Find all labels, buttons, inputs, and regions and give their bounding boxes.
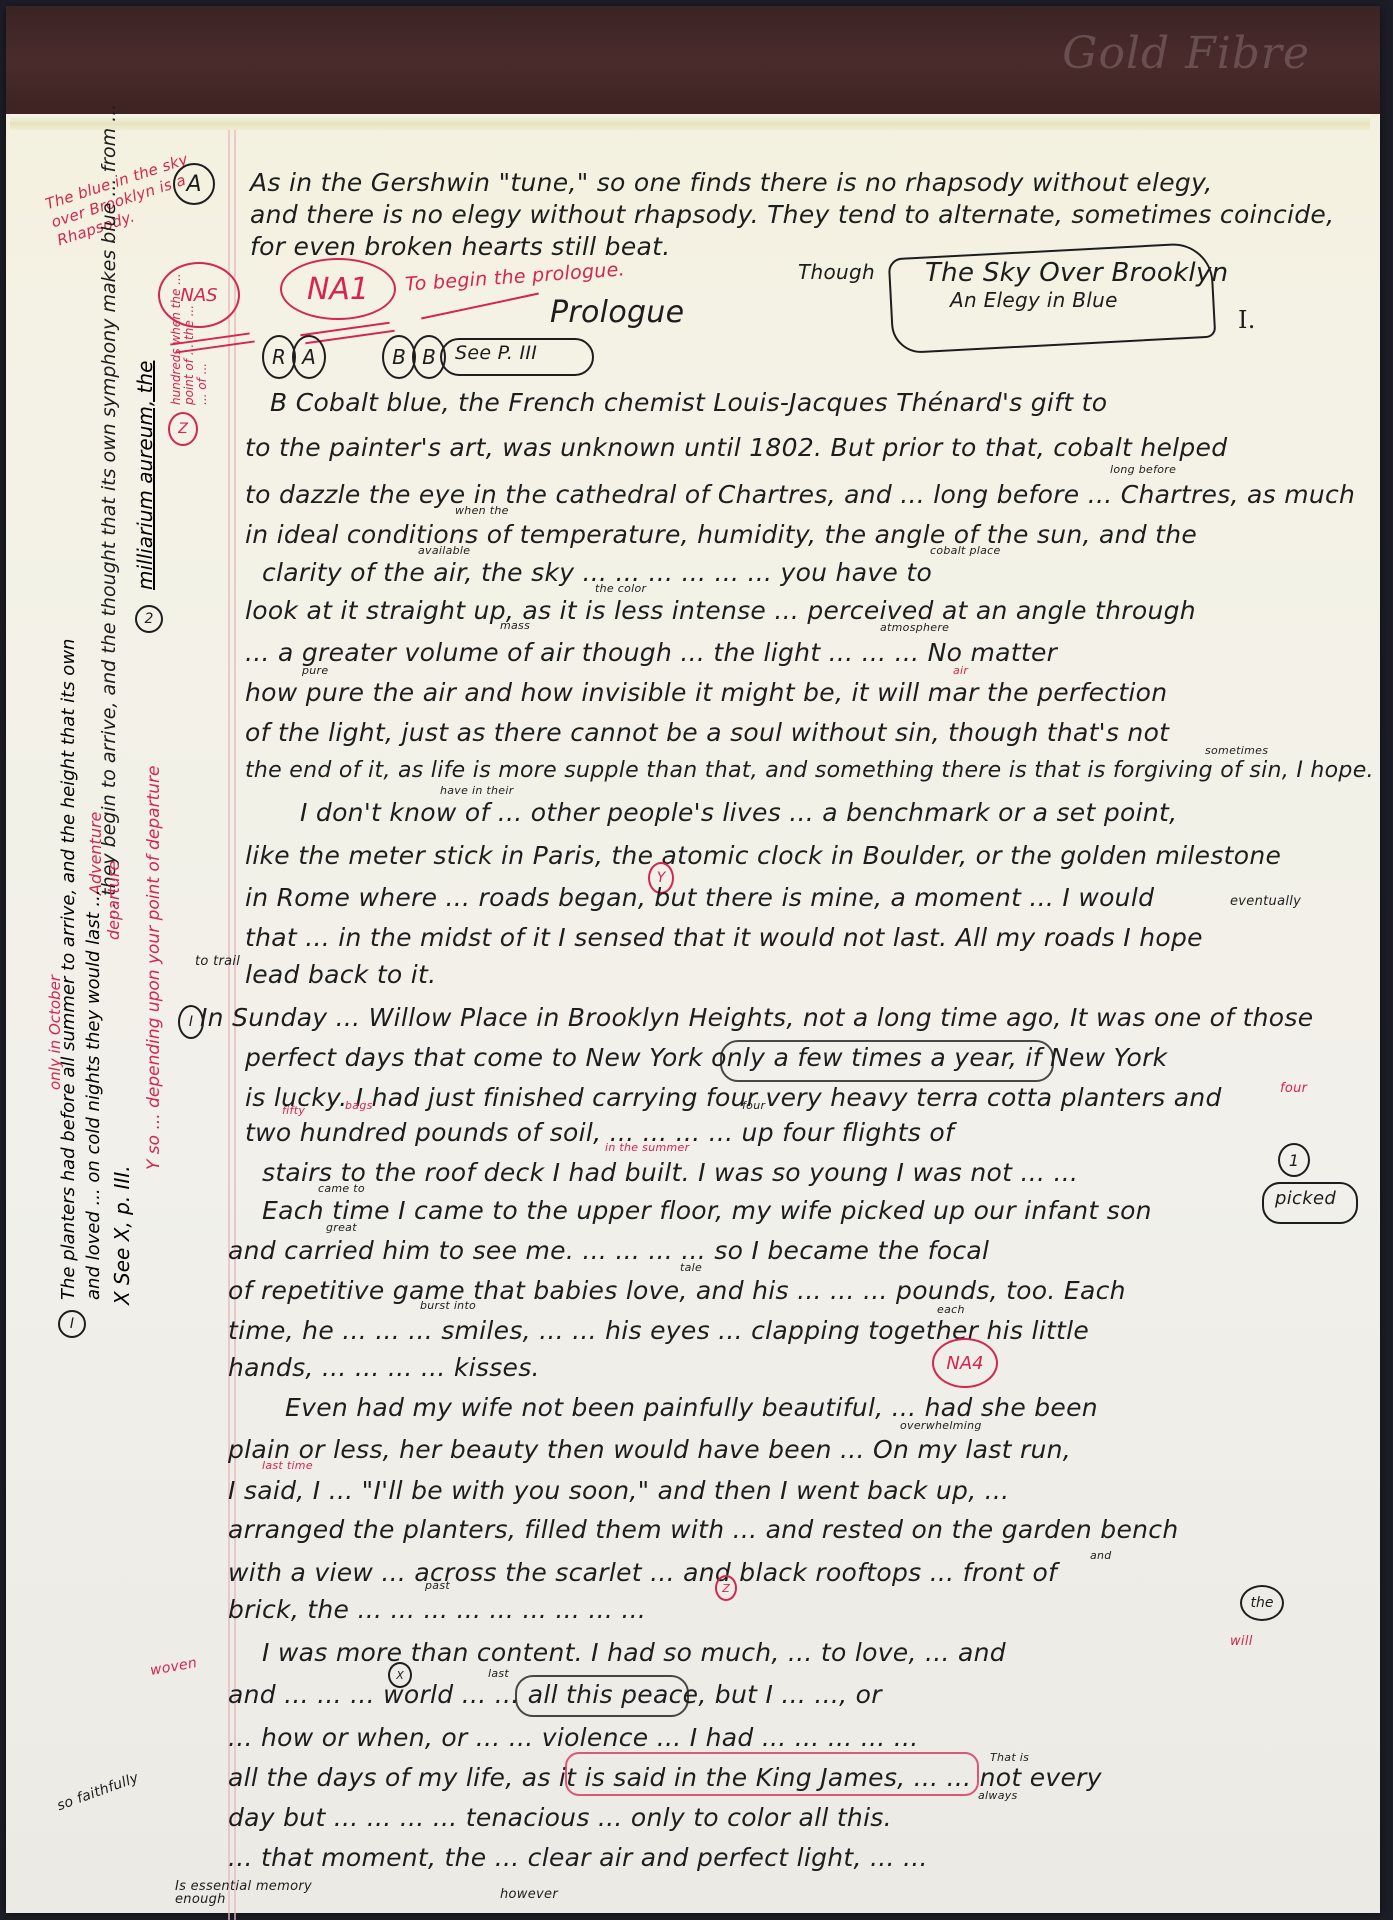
body-line: look at it straight up, as it is less in… [245,598,1196,623]
margin-red-line: point of ... the ... [183,305,195,405]
interlinear-note: overwhelming [900,1420,982,1431]
margin-note-3-red: only in October [48,975,63,1090]
marker-circle-r: R [262,335,296,379]
interlinear-note: past [425,1580,450,1591]
na4-tag: NA4 [932,1338,998,1388]
body-line: I said, I ... "I'll be with you soon," a… [228,1478,1009,1503]
body-line: in Rome where ... roads began, but there… [245,885,1154,910]
body-line: ... how or when, or ... ... violence ...… [228,1725,919,1750]
body-line: with a view ... across the scarlet ... a… [228,1560,1057,1585]
interlinear-note: to trail [195,955,240,968]
body-line: in ideal conditions of temperature, humi… [245,522,1197,547]
interlinear-note: available [418,545,470,556]
body-line: brick, the ... ... ... ... ... ... ... .… [228,1597,646,1622]
inserted-word-though: Though [798,262,875,282]
na1-tag: NA1 [280,258,396,320]
interlinear-note: sometimes [1205,745,1268,756]
margin-circle-z: Z [168,412,198,446]
see-ref: See P. III [455,344,537,363]
marker-circle-a: A [173,163,215,205]
body-line: to dazzle the eye in the cathedral of Ch… [245,482,1355,507]
body-line: that ... in the midst of it I sensed tha… [245,925,1203,950]
body-line: I don't know of ... other people's lives… [300,800,1177,825]
red-margin-four: four [1280,1082,1307,1095]
body-line: and carried him to see me. ... ... ... .… [228,1238,989,1263]
marker-circle-a2: A [292,335,326,379]
opening-line-2: and there is no elegy without rhapsody. … [250,202,1334,227]
picked-note-number: 1 [1278,1143,1310,1177]
body-line: of repetitive game that babies love, and… [228,1278,1126,1303]
body-line: to the painter's art, was unknown until … [245,435,1227,460]
interlinear-note: when the [455,505,509,516]
section-numeral: I. [1238,308,1256,332]
body-line: Each time I came to the upper floor, my … [262,1198,1152,1223]
interlinear-note: atmosphere [880,622,949,633]
margin-note-4-red: Y so ... depending upon your point of de… [146,766,163,1170]
opening-line-1: As in the Gershwin "tune," so one finds … [250,170,1213,195]
margin-note-2-red: departure [106,861,122,940]
body-line: In Sunday ... Willow Place in Brooklyn H… [200,1005,1313,1030]
the-circle-note: the [1240,1585,1284,1621]
body-line: stairs to the roof deck I had built. I w… [262,1160,1078,1185]
body-line: lead back to it. [245,962,436,987]
body-line: B Cobalt blue, the French chemist Louis-… [270,390,1107,415]
interlinear-note: have in their [440,785,514,796]
margin-red-line: ... of ... [196,363,208,405]
marker-circle-b: B [382,335,416,379]
body-line: hands, ... ... ... ... kisses. [228,1355,540,1380]
body-line: Even had my wife not been painfully beau… [285,1395,1098,1420]
interlinear-note: always [978,1790,1018,1801]
interlinear-note: tale [680,1262,702,1273]
interlinear-note: came to [318,1183,365,1194]
interlinear-note-red: will [1230,1635,1253,1648]
interlinear-note: burst into [420,1300,476,1311]
interlinear-note: great [326,1222,357,1233]
brand-logo: Gold Fibre [1062,28,1310,79]
interlinear-note: however [500,1888,558,1901]
body-line: the end of it, as life is more supple th… [245,760,1374,782]
body-line: ... a greater volume of air though ... t… [245,640,1057,665]
interlinear-note: That is [990,1752,1029,1763]
interlinear-note: pure [302,665,328,676]
body-line: day but ... ... ... ... tenacious ... on… [228,1805,892,1830]
body-line: ... that moment, the ... clear air and p… [228,1845,928,1870]
marker-circle-z2: Z [715,1575,737,1601]
interlinear-note: last [488,1668,509,1679]
margin-note-4: X See X, p. III. [112,1165,132,1305]
interlinear-note-red: fifty [282,1105,305,1116]
black-bracket [720,1040,1054,1082]
interlinear-note: the color [595,583,646,594]
margin-circle-2: 2 [135,605,163,633]
interlinear-note-red: in the summer [605,1142,689,1153]
interlinear-note: cobalt place [930,545,1001,556]
body-line: of the light, just as there cannot be a … [245,720,1169,745]
margin-note-6: Is essential memory enough [175,1880,335,1906]
body-line: plain or less, her beauty then would hav… [228,1437,1071,1462]
margin-note-1-red: Adventure [88,812,104,895]
interlinear-note: four [742,1100,765,1111]
red-bracket [565,1752,979,1796]
body-line: like the meter stick in Paris, the atomi… [245,843,1281,868]
opening-line-3: for even broken hearts still beat. [250,234,671,259]
body-line: two hundred pounds of soil, ... ... ... … [245,1120,954,1145]
interlinear-note-red: air [953,665,968,676]
margin-note-3b: and loved ... on cold nights they would … [85,889,103,1300]
picked-note-text: picked [1275,1190,1336,1208]
title-line-1: The Sky Over Brooklyn [925,260,1228,286]
interlinear-note: mass [500,620,530,631]
pad-binding: Gold Fibre [6,6,1380,114]
marker-i-label: I [189,1014,193,1030]
photo-background: Gold Fibre The blue in the sky over Broo… [0,0,1393,1920]
margin-red-line: hundreds when the ... [170,273,182,405]
prologue-heading: Prologue [550,298,684,328]
body-line: is lucky. I had just finished carrying f… [245,1085,1222,1110]
interlinear-note: eventually [1230,895,1301,908]
margin-circle-i: I [58,1310,86,1338]
body-line: I was more than content. I had so much, … [262,1640,1006,1665]
body-line: how pure the air and how invisible it mi… [245,680,1167,705]
pad-fold [10,114,1370,130]
interlinear-note-red: bags [345,1100,373,1111]
body-line: arranged the planters, filled them with … [228,1517,1179,1542]
margin-note-1: ... they begin to arrive, and the though… [100,104,119,920]
interlinear-note: and [1090,1550,1112,1561]
interlinear-note: each [937,1304,965,1315]
interlinear-note-red: last time [262,1460,313,1471]
black-bracket [515,1675,689,1717]
interlinear-note: long before [1110,464,1176,475]
margin-note-2: milliarium aureum, the [135,361,155,590]
title-line-2: An Elegy in Blue [950,290,1118,310]
margin-note-3: The planters had before all summer to ar… [60,639,78,1300]
